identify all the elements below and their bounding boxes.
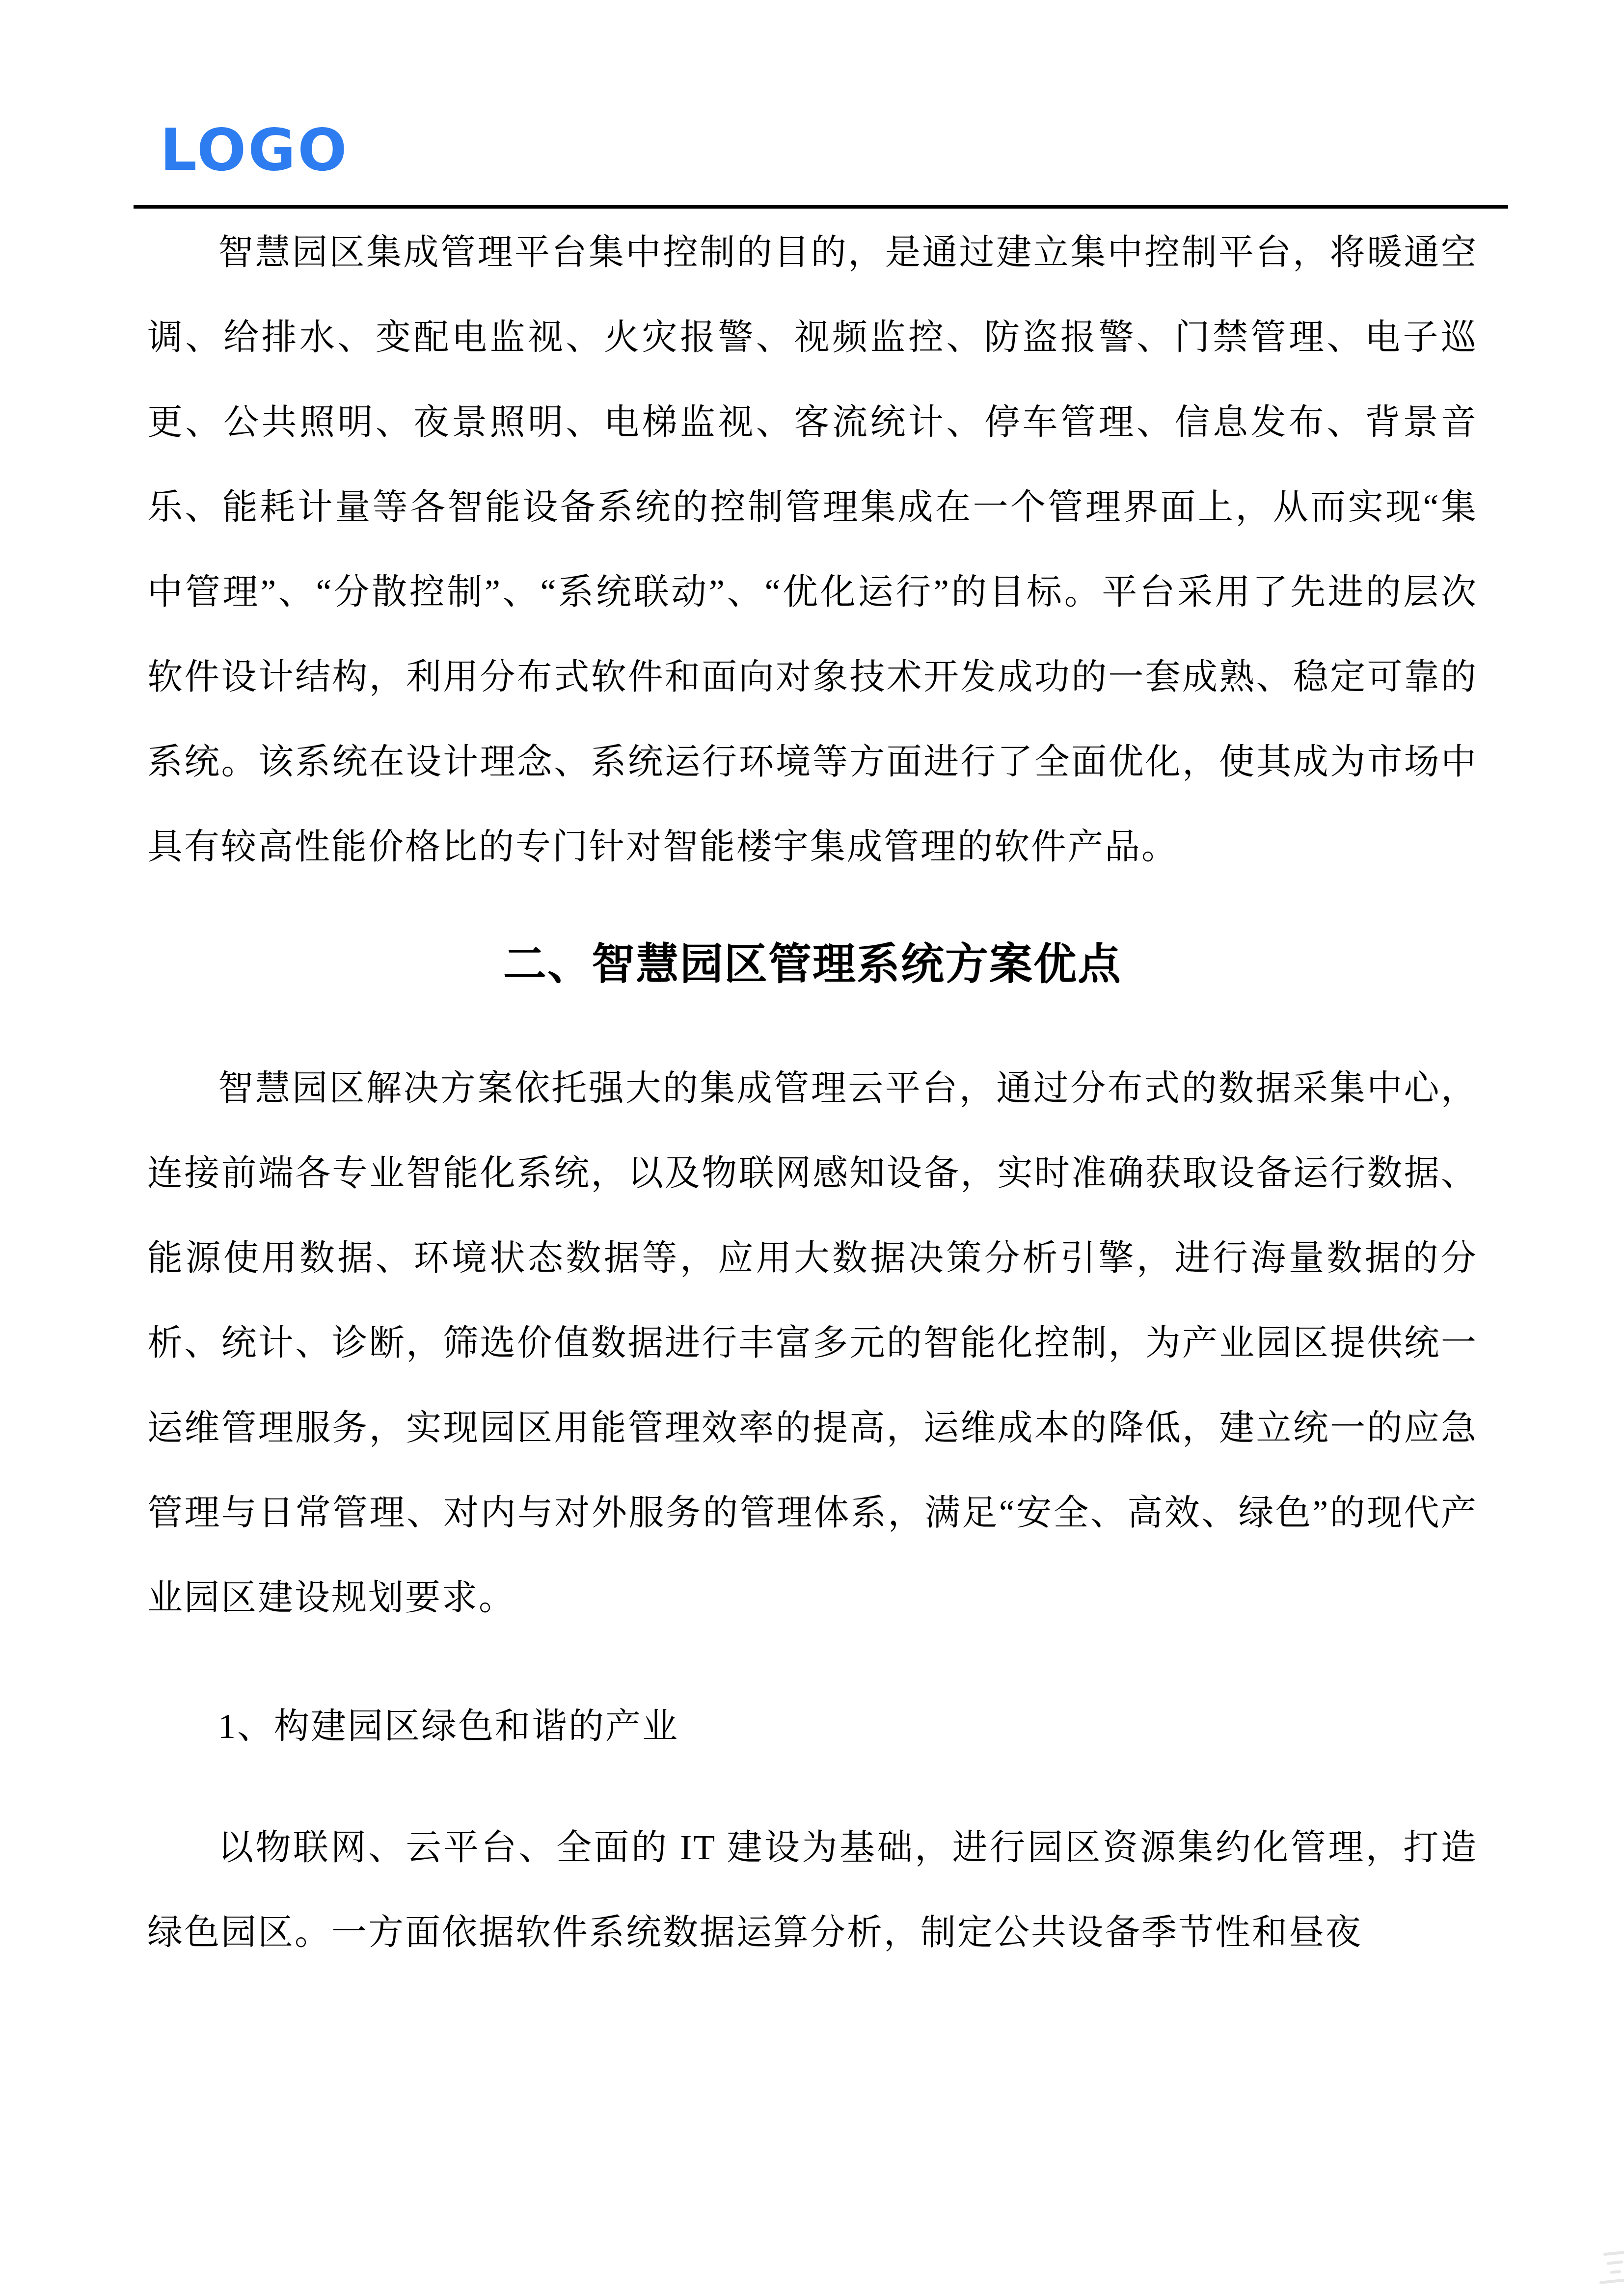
watermark-mark [1599,2278,1624,2284]
company-logo: LOGO [160,121,349,179]
paragraph-iot-foundation: 以物联网、云平台、全面的 IT 建设为基础，进行园区资源集约化管理，打造绿色园区… [147,1805,1478,1975]
watermark-mark [1610,2270,1622,2274]
header-divider-line [134,205,1508,209]
watermark-mark [1603,2251,1624,2256]
document-body: 智慧园区集成管理平台集中控制的目的，是通过建立集中控制平台，将暖通空调、给排水、… [147,210,1478,1975]
document-page: LOGO 智慧园区集成管理平台集中控制的目的，是通过建立集中控制平台，将暖通空调… [0,0,1624,2296]
watermark-scribble [1596,2252,1624,2289]
paragraph-platform-purpose: 智慧园区集成管理平台集中控制的目的，是通过建立集中控制平台，将暖通空调、给排水、… [147,210,1478,889]
section-heading-advantages: 二、智慧园区管理系统方案优点 [147,936,1478,994]
sub-heading-green-industry: 1、构建园区绿色和谐的产业 [147,1684,1478,1769]
watermark-mark [1607,2260,1623,2265]
paragraph-solution-overview: 智慧园区解决方案依托强大的集成管理云平台，通过分布式的数据采集中心，连接前端各专… [147,1046,1478,1640]
